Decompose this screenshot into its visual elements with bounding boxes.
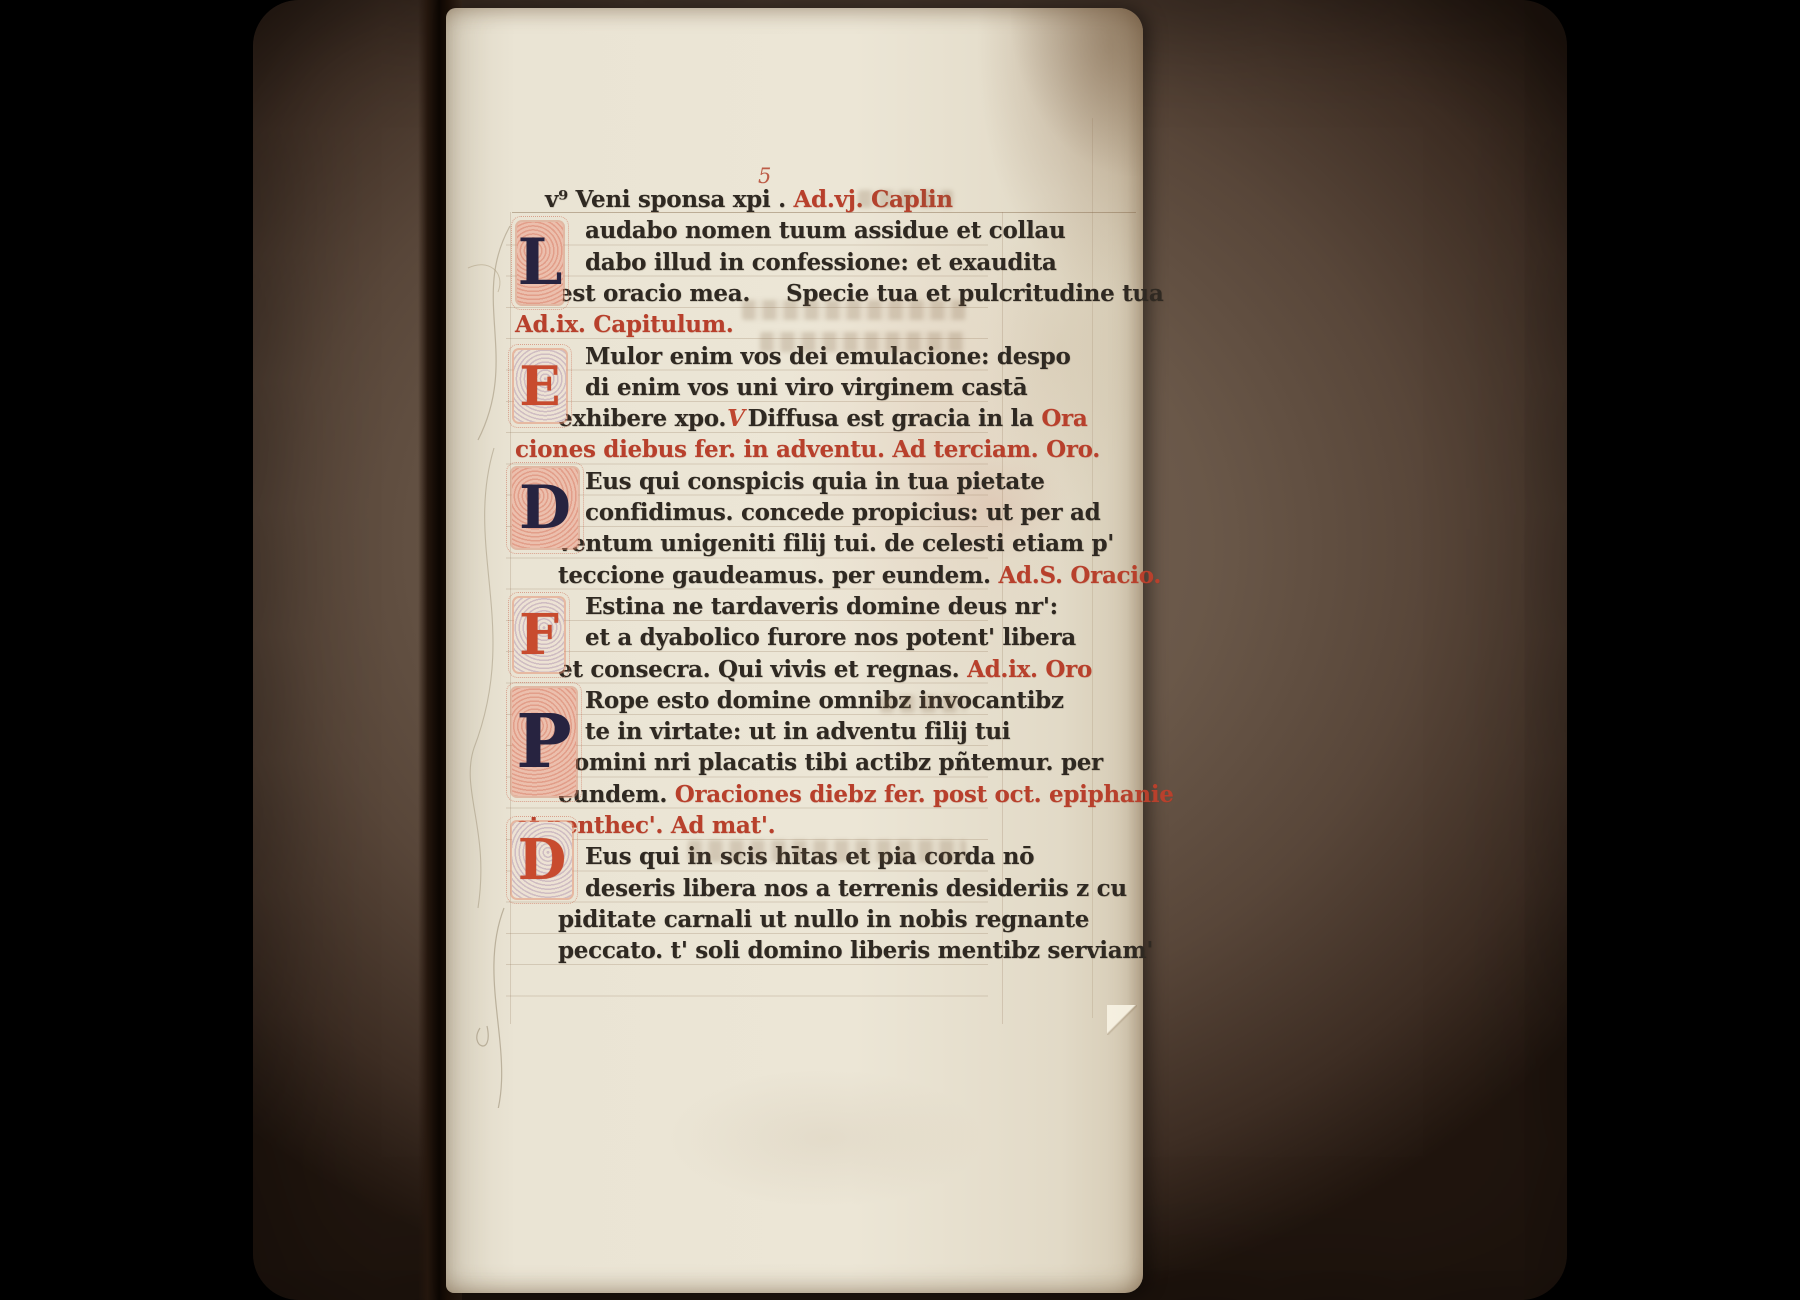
text-line-15: et a dyabolico furore nos potent' libera xyxy=(585,623,1076,654)
text-segment: domini nri placatis tibi actibz pñtemur.… xyxy=(558,749,1103,776)
text-segment: audabo nomen tuum assidue et collau xyxy=(585,217,1065,244)
text-segment: est oracio mea. xyxy=(558,280,750,307)
text-line-12: ventum unigeniti filij tui. de celesti e… xyxy=(558,529,1114,560)
text-segment: Estina ne tardaveris domine deus nr': xyxy=(585,593,1058,620)
text-segment: dabo illud in confessione: et exaudita xyxy=(585,249,1057,276)
manuscript-page: 5 v⁹ Veni sponsa xpi . Ad.vj. Caplinauda… xyxy=(446,8,1143,1293)
text-line-8: exhibere xpo.VDiffusa est gracia in la O… xyxy=(558,404,1087,435)
text-line-5: Ad.ix. Capitulum. xyxy=(515,310,733,341)
rubric-segment: Oraciones diebz fer. post oct. epiphanie xyxy=(675,781,1174,808)
text-segment: te in virtate: ut in adventu filij tui xyxy=(585,718,1010,745)
text-block: v⁹ Veni sponsa xpi . Ad.vj. Caplinaudabo… xyxy=(446,8,1143,1293)
photo-stage: 5 v⁹ Veni sponsa xpi . Ad.vj. Caplinauda… xyxy=(0,0,1800,1300)
text-line-19: domini nri placatis tibi actibz pñtemur.… xyxy=(558,748,1103,779)
text-line-13: teccione gaudeamus. per eundem. Ad.S. Or… xyxy=(558,561,1161,592)
text-segment: exhibere xpo. xyxy=(558,405,726,432)
bleedthrough-ghost-text xyxy=(880,695,966,713)
text-segment: peccato. t' soli domino liberis mentibz … xyxy=(558,937,1153,964)
text-line-2: audabo nomen tuum assidue et collau xyxy=(585,216,1065,247)
margin-doodles xyxy=(448,208,543,1108)
text-segment: piditate carnali ut nullo in nobis regna… xyxy=(558,906,1089,933)
text-segment: confidimus. concede propicius: ut per ad xyxy=(585,499,1100,526)
text-line-20: eundem. Oraciones diebz fer. post oct. e… xyxy=(558,780,1174,811)
text-segment: di enim vos uni viro virginem castā xyxy=(585,374,1027,401)
text-segment: ventum unigeniti filij tui. de celesti e… xyxy=(558,530,1114,557)
text-segment: et a dyabolico furore nos potent' libera xyxy=(585,624,1076,651)
text-segment: Diffusa est gracia in la xyxy=(748,405,1042,432)
text-line-17: Rope esto domine omnibz invocantibz xyxy=(585,686,1064,717)
rubric-segment: Ad.S. Oracio. xyxy=(998,562,1161,589)
text-line-9: ciones diebus fer. in adventu. Ad tercia… xyxy=(515,435,1100,466)
text-segment: Rope esto domine omnibz invocantibz xyxy=(585,687,1064,714)
text-line-23: deseris libera nos a terrenis desideriis… xyxy=(585,874,1127,905)
text-line-14: Estina ne tardaveris domine deus nr': xyxy=(585,592,1058,623)
text-segment: et consecra. Qui vivis et regnas. xyxy=(558,656,967,683)
text-line-11: confidimus. concede propicius: ut per ad xyxy=(585,498,1100,529)
text-line-25: peccato. t' soli domino liberis mentibz … xyxy=(558,936,1153,967)
bleedthrough-ghost-text xyxy=(760,332,965,352)
text-line-16: et consecra. Qui vivis et regnas. Ad.ix.… xyxy=(558,655,1092,686)
text-segment: V xyxy=(727,405,745,432)
text-line-24: piditate carnali ut nullo in nobis regna… xyxy=(558,905,1089,936)
rubric-segment: Ad.ix. Oro xyxy=(967,656,1092,683)
rubric-segment: ciones diebus fer. in adventu. Ad tercia… xyxy=(515,436,1100,463)
rubric-segment: Ora xyxy=(1041,405,1087,432)
text-line-3: dabo illud in confessione: et exaudita xyxy=(585,248,1057,279)
bleedthrough-ghost-text xyxy=(858,190,953,208)
bleedthrough-ghost-text xyxy=(742,300,966,320)
rubric-segment: Ad.ix. Capitulum. xyxy=(515,311,733,338)
text-segment: teccione gaudeamus. per eundem. xyxy=(558,562,998,589)
text-line-7: di enim vos uni viro virginem castā xyxy=(585,373,1027,404)
text-segment: deseris libera nos a terrenis desideriis… xyxy=(585,875,1127,902)
text-line-18: te in virtate: ut in adventu filij tui xyxy=(585,717,1010,748)
text-segment: Eus qui conspicis quia in tua pietate xyxy=(585,468,1045,495)
text-segment: v⁹ Veni sponsa xpi . xyxy=(545,186,786,213)
text-line-10: Eus qui conspicis quia in tua pietate xyxy=(585,467,1045,498)
bleedthrough-ghost-text xyxy=(688,840,966,862)
